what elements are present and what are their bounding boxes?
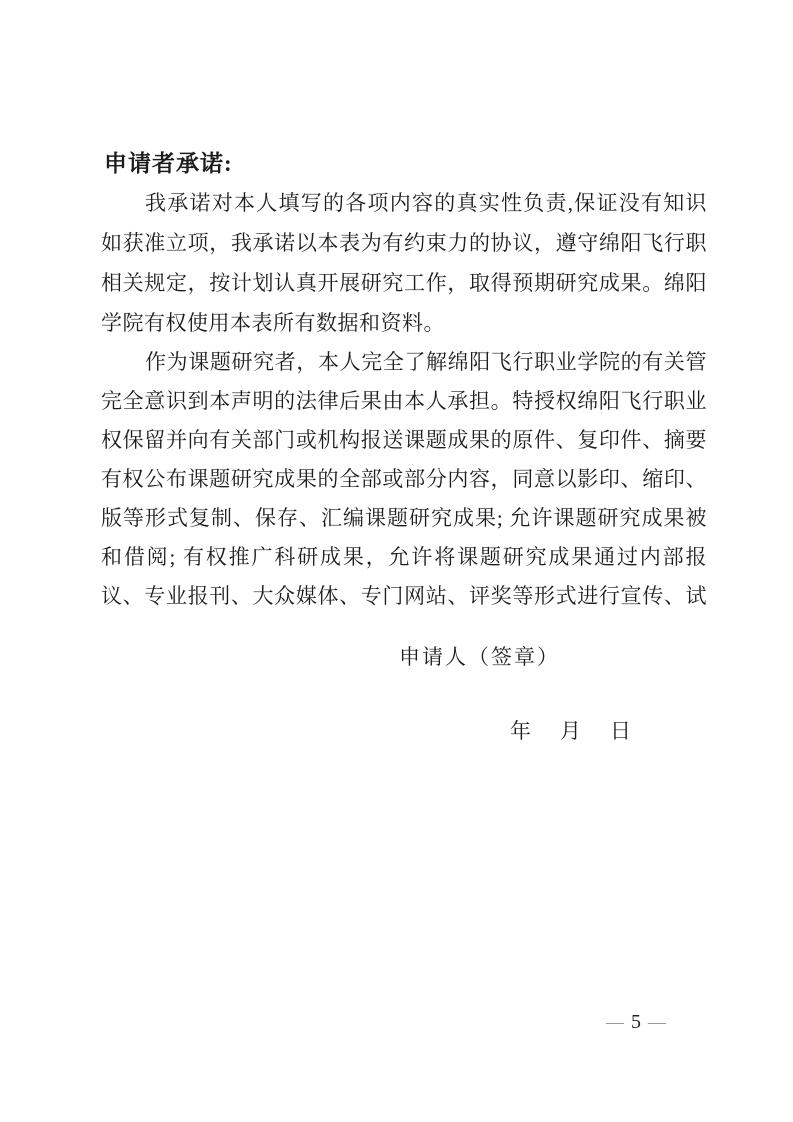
text-line: 作为课题研究者，本人完全了解绵阳飞行职业学院的有关管理规定， — [101, 343, 707, 382]
commitment-heading: 申请者承诺: — [104, 145, 233, 178]
text-line: 相关规定，按计划认真开展研究工作，取得预期研究成果。绵阳飞行职业 — [101, 263, 707, 303]
date-month-label: 月 — [560, 717, 581, 745]
text-line: 学院有权使用本表所有数据和资料。 — [101, 303, 707, 343]
text-line: 有权公布课题研究成果的全部或部分内容，同意以影印、缩印、扫描、出 — [101, 460, 707, 499]
text-line: 版等形式复制、保存、汇编课题研究成果; 允许课题研究成果被他人查阅 — [101, 499, 707, 538]
page-number-dash-left: — — [606, 1008, 624, 1036]
page-number-value: 5 — [631, 1008, 641, 1036]
document-page: 申请者承诺: 我承诺对本人填写的各项内容的真实性负责,保证没有知识产权争议。 如… — [0, 0, 793, 1122]
text-line: 权保留并向有关部门或机构报送课题成果的原件、复印件、摘要和电子版; — [101, 421, 707, 460]
commitment-text-block: 我承诺对本人填写的各项内容的真实性负责,保证没有知识产权争议。 如获准立项，我承… — [101, 183, 707, 616]
text-line: 完全意识到本声明的法律后果由本人承担。特授权绵阳飞行职业学院: 有 — [101, 382, 707, 421]
text-line: 和借阅; 有权推广科研成果，允许将课题研究成果通过内部报告、学术会 — [101, 538, 707, 577]
page-number: — 5 — — [606, 1008, 666, 1036]
commitment-paragraph-1: 我承诺对本人填写的各项内容的真实性负责,保证没有知识产权争议。 如获准立项，我承… — [101, 183, 707, 343]
page-number-dash-right: — — [648, 1008, 666, 1036]
applicant-signature-label: 申请人（签章） — [399, 643, 560, 671]
text-line: 议、专业报刊、大众媒体、专门网站、评奖等形式进行宣传、试验和培训。 — [101, 577, 707, 616]
commitment-paragraph-2: 作为课题研究者，本人完全了解绵阳飞行职业学院的有关管理规定， 完全意识到本声明的… — [101, 343, 707, 616]
text-line: 如获准立项，我承诺以本表为有约束力的协议，遵守绵阳飞行职业学院的 — [101, 223, 707, 263]
signature-date-line: 年 月 日 — [510, 717, 660, 745]
date-day-label: 日 — [610, 717, 631, 745]
date-year-label: 年 — [510, 717, 531, 745]
text-line: 我承诺对本人填写的各项内容的真实性负责,保证没有知识产权争议。 — [101, 183, 707, 223]
